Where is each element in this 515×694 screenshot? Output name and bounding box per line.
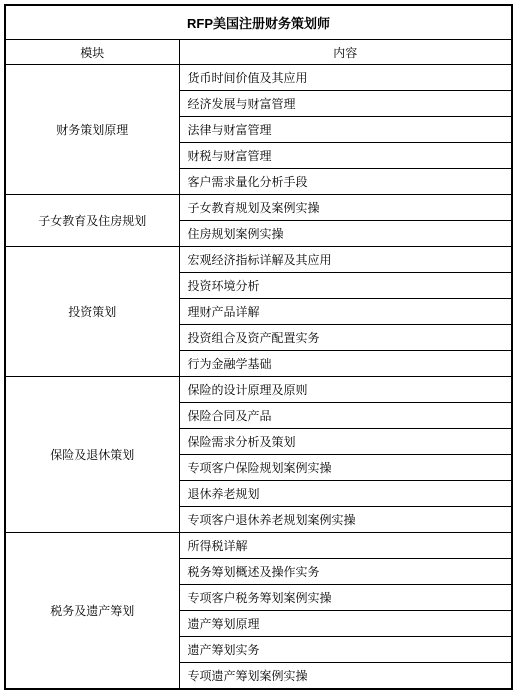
module-cell: 财务策划原理 — [5, 65, 179, 195]
table-title: RFP美国注册财务策划师 — [5, 5, 512, 40]
course-table: RFP美国注册财务策划师 模块 内容 财务策划原理货币时间价值及其应用经济发展与… — [4, 4, 513, 690]
content-cell: 法律与财富管理 — [179, 117, 512, 143]
module-cell: 投资策划 — [5, 247, 179, 377]
content-cell: 理财产品详解 — [179, 299, 512, 325]
table-row: 子女教育及住房规划子女教育规划及案例实操 — [5, 195, 512, 221]
module-cell: 税务及遗产筹划 — [5, 533, 179, 690]
table-row: 投资策划宏观经济指标详解及其应用 — [5, 247, 512, 273]
content-cell: 行为金融学基础 — [179, 351, 512, 377]
content-cell: 经济发展与财富管理 — [179, 91, 512, 117]
content-cell: 遗产筹划原理 — [179, 611, 512, 637]
title-row: RFP美国注册财务策划师 — [5, 5, 512, 40]
module-cell: 保险及退休策划 — [5, 377, 179, 533]
content-cell: 所得税详解 — [179, 533, 512, 559]
content-cell: 退休养老规划 — [179, 481, 512, 507]
header-row: 模块 内容 — [5, 40, 512, 65]
content-cell: 税务筹划概述及操作实务 — [179, 559, 512, 585]
content-cell: 子女教育规划及案例实操 — [179, 195, 512, 221]
content-cell: 专项遗产筹划案例实操 — [179, 663, 512, 690]
table-row: 财务策划原理货币时间价值及其应用 — [5, 65, 512, 91]
module-cell: 子女教育及住房规划 — [5, 195, 179, 247]
content-cell: 专项客户退休养老规划案例实操 — [179, 507, 512, 533]
content-cell: 投资环境分析 — [179, 273, 512, 299]
content-cell: 遗产筹划实务 — [179, 637, 512, 663]
content-cell: 专项客户税务筹划案例实操 — [179, 585, 512, 611]
content-cell: 客户需求量化分析手段 — [179, 169, 512, 195]
content-cell: 投资组合及资产配置实务 — [179, 325, 512, 351]
content-cell: 财税与财富管理 — [179, 143, 512, 169]
content-cell: 保险需求分析及策划 — [179, 429, 512, 455]
content-cell: 货币时间价值及其应用 — [179, 65, 512, 91]
content-cell: 宏观经济指标详解及其应用 — [179, 247, 512, 273]
table-row: 税务及遗产筹划所得税详解 — [5, 533, 512, 559]
content-cell: 保险合同及产品 — [179, 403, 512, 429]
table-body: 财务策划原理货币时间价值及其应用经济发展与财富管理法律与财富管理财税与财富管理客… — [5, 65, 512, 690]
column-header-content: 内容 — [179, 40, 512, 65]
column-header-module: 模块 — [5, 40, 179, 65]
content-cell: 保险的设计原理及原则 — [179, 377, 512, 403]
document-page: RFP美国注册财务策划师 模块 内容 财务策划原理货币时间价值及其应用经济发展与… — [0, 0, 515, 694]
table-row: 保险及退休策划保险的设计原理及原则 — [5, 377, 512, 403]
content-cell: 专项客户保险规划案例实操 — [179, 455, 512, 481]
content-cell: 住房规划案例实操 — [179, 221, 512, 247]
